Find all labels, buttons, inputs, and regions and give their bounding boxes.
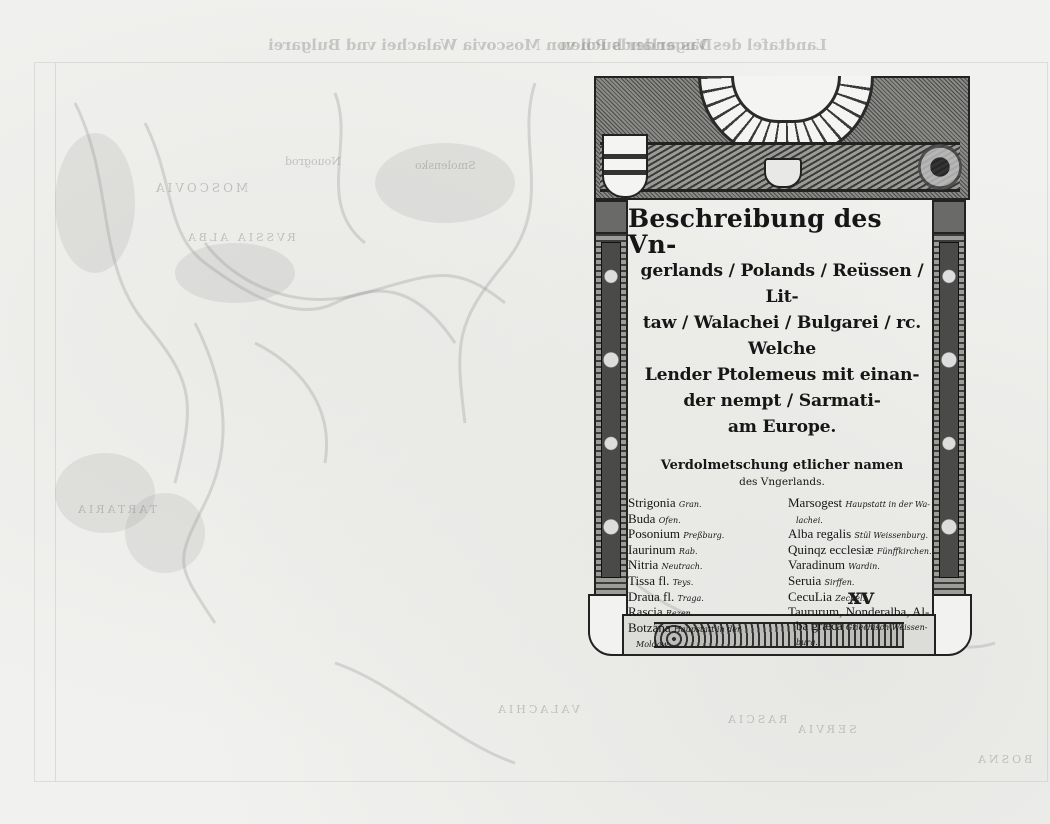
glossary-entry: ba græca Griechisch Weissen-	[788, 619, 936, 635]
glossary-column-right: Marsogest Haupstatt in der Wa- lachei. A…	[776, 496, 936, 652]
ghost-label: Nouogrod	[285, 155, 341, 168]
right-pillar-base	[932, 594, 972, 656]
title-line-1: Beschreibung des Vn-	[628, 206, 936, 258]
ghost-label: RASCIA	[725, 713, 787, 726]
ghost-label: SERVIA	[795, 723, 857, 736]
title-line-5: der nempt / Sarmati-	[628, 388, 936, 414]
page-title: Beschreibung des Vn- gerlands / Polands …	[628, 206, 936, 440]
left-pillar-ornament	[594, 200, 628, 610]
glossary-entry: Strigonia Gran.	[628, 496, 776, 512]
title-line-6: am Europe.	[628, 414, 936, 440]
subtitle-line-1: Verdolmetschung etlicher namen	[661, 458, 903, 473]
title-line-2: gerlands / Polands / Reüssen / Lit-	[628, 258, 936, 310]
glossary-entry: Posonium Preßburg.	[628, 527, 776, 543]
glossary-entry: Draua fl. Traga.	[628, 590, 776, 606]
folio-number: xv	[848, 584, 874, 610]
glossary-entry: Quinqz ecclesiæ Fünffkirchen.	[788, 543, 936, 559]
ghost-label: VALACHIA	[495, 703, 580, 716]
scanned-page: Das ander buch von Moscovia Walachei vnd…	[0, 0, 1050, 824]
ghost-label: MOSCOVIA	[153, 181, 248, 195]
glossary-entry: Botzana Haupstatt in der	[628, 621, 776, 637]
glossary-column-left: Strigonia Gran. Buda Ofen. Posonium Preß…	[628, 496, 776, 652]
glossary-entry-continuation: Moldaw.	[628, 636, 776, 652]
subtitle: Verdolmetschung etlicher namen des Vnger…	[628, 458, 936, 490]
glossary-entry: Varadinum Wardin.	[788, 558, 936, 574]
glossary-entry: Buda Ofen.	[628, 512, 776, 528]
coat-of-arms-icon	[602, 134, 648, 198]
urn-icon	[764, 158, 802, 188]
ghost-running-header-right: Landtafel des Vngerlands Polen	[560, 36, 827, 54]
title-line-3: taw / Walachei / Bulgarei / rc. Welche	[628, 310, 936, 362]
glossary-entry: Rascia Rezen.	[628, 605, 776, 621]
glossary-entry-continuation: lachei.	[788, 512, 936, 528]
title-text-block: Beschreibung des Vn- gerlands / Polands …	[628, 206, 936, 606]
eagle-crest-icon	[918, 144, 962, 190]
right-pillar-ornament	[932, 200, 966, 610]
ghost-label: BOSNA	[975, 753, 1032, 766]
glossary-entry: Alba regalis Stül Weissenburg.	[788, 527, 936, 543]
subtitle-line-2: des Vngerlands.	[628, 474, 936, 490]
ghost-label: TARTARIA	[75, 503, 157, 516]
place-name-glossary: Strigonia Gran. Buda Ofen. Posonium Preß…	[628, 496, 936, 652]
ghost-label: RVSSIA ALBA	[185, 231, 296, 244]
glossary-entry: Tissa fl. Teys.	[628, 574, 776, 590]
ghost-label: Smolensko	[415, 159, 476, 172]
glossary-entry: Marsogest Haupstatt in der Wa-	[788, 496, 936, 512]
glossary-entry: Nitria Neutrach.	[628, 558, 776, 574]
glossary-entry-continuation: burg.	[788, 634, 936, 650]
glossary-entry: Iaurinum Rab.	[628, 543, 776, 559]
title-line-4: Lender Ptolemeus mit einan-	[628, 362, 936, 388]
